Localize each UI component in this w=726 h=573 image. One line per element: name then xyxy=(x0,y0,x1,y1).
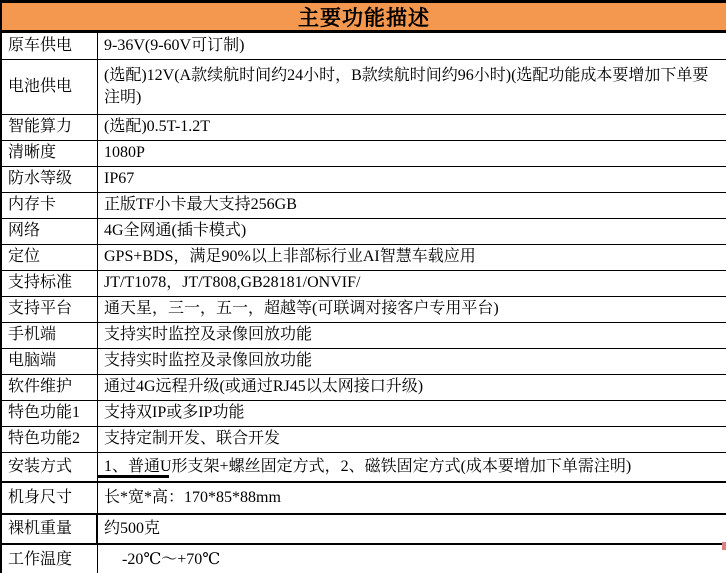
table-row: 支持平台通天星，三一，五一，超越等(可联调对接客户专用平台) xyxy=(2,297,726,323)
row-value: 通天星，三一，五一，超越等(可联调对接客户专用平台) xyxy=(98,297,726,322)
table-row: 特色功能1支持双IP或多IP功能 xyxy=(2,401,726,427)
row-value: 9-36V(9-60V可订制) xyxy=(98,33,726,59)
row-value: 长*宽*高：170*85*88mm xyxy=(98,483,726,513)
table-row: 机身尺寸长*宽*高：170*85*88mm xyxy=(2,483,726,515)
row-label: 智能算力 xyxy=(2,115,98,140)
row-value: GPS+BDS，满足90%以上非部标行业AI智慧车载应用 xyxy=(98,245,726,270)
row-value: 正版TF小卡最大支持256GB xyxy=(98,193,726,218)
red-cell-marker xyxy=(722,542,726,550)
table-row: 原车供电9-36V(9-60V可订制) xyxy=(2,33,726,60)
row-label: 工作温度 xyxy=(2,545,98,573)
row-value: 支持定制开发、联合开发 xyxy=(98,427,726,452)
row-value: (选配)12V(A款续航时间约24小时，B款续航时间约96小时)(选配功能成本要… xyxy=(98,60,726,114)
row-label: 防水等级 xyxy=(2,167,98,192)
row-label: 软件维护 xyxy=(2,375,98,400)
table-row: 网络4G全网通(插卡模式) xyxy=(2,219,726,245)
table-row: 内存卡正版TF小卡最大支持256GB xyxy=(2,193,726,219)
table-row: 定位GPS+BDS，满足90%以上非部标行业AI智慧车载应用 xyxy=(2,245,726,271)
table-row: 智能算力(选配)0.5T-1.2T xyxy=(2,115,726,141)
row-label: 清晰度 xyxy=(2,141,98,166)
row-value: (选配)0.5T-1.2T xyxy=(98,115,726,140)
row-value: 1080P xyxy=(98,141,726,166)
row-label: 支持平台 xyxy=(2,297,98,322)
row-label: 电脑端 xyxy=(2,349,98,374)
table-row: 电脑端支持实时监控及录像回放功能 xyxy=(2,349,726,375)
row-label: 内存卡 xyxy=(2,193,98,218)
table-row: 裸机重量约500克 xyxy=(2,515,726,545)
row-value: 支持实时监控及录像回放功能 xyxy=(98,349,726,374)
table-row: 特色功能2支持定制开发、联合开发 xyxy=(2,427,726,453)
row-value: -20℃～+70℃ xyxy=(98,545,726,573)
row-label: 定位 xyxy=(2,245,98,270)
table-row: 安装方式1、普通U形支架+螺丝固定方式，2、磁铁固定方式(成本要增加下单需注明) xyxy=(2,453,726,483)
table-title: 主要功能描述 xyxy=(2,3,726,33)
table-row: 软件维护通过4G远程升级(或通过RJ45以太网接口升级) xyxy=(2,375,726,401)
table-row: 工作温度-20℃～+70℃ xyxy=(2,545,726,573)
row-value: JT/T1078，JT/T808,GB28181/ONVIF/ xyxy=(98,271,726,296)
table-body: 原车供电9-36V(9-60V可订制)电池供电(选配)12V(A款续航时间约24… xyxy=(2,33,726,573)
row-value: 1、普通U形支架+螺丝固定方式，2、磁铁固定方式(成本要增加下单需注明) xyxy=(98,453,726,481)
thick-line-artifact xyxy=(97,475,169,478)
table-row: 支持标准JT/T1078，JT/T808,GB28181/ONVIF/ xyxy=(2,271,726,297)
row-label: 支持标准 xyxy=(2,271,98,296)
row-value: 4G全网通(插卡模式) xyxy=(98,219,726,244)
spec-table: 主要功能描述 原车供电9-36V(9-60V可订制)电池供电(选配)12V(A款… xyxy=(0,0,726,573)
row-value: 通过4G远程升级(或通过RJ45以太网接口升级) xyxy=(98,375,726,400)
row-label: 特色功能1 xyxy=(2,401,98,426)
row-label: 安装方式 xyxy=(2,453,98,481)
row-value: 支持实时监控及录像回放功能 xyxy=(98,323,726,348)
row-label: 特色功能2 xyxy=(2,427,98,452)
row-label: 网络 xyxy=(2,219,98,244)
row-value: 约500克 xyxy=(98,515,726,543)
table-row: 电池供电(选配)12V(A款续航时间约24小时，B款续航时间约96小时)(选配功… xyxy=(2,60,726,115)
row-label: 机身尺寸 xyxy=(2,483,98,513)
row-value: 支持双IP或多IP功能 xyxy=(98,401,726,426)
row-label: 原车供电 xyxy=(2,33,98,59)
table-row: 手机端支持实时监控及录像回放功能 xyxy=(2,323,726,349)
row-label: 电池供电 xyxy=(2,60,98,114)
row-label: 裸机重量 xyxy=(2,515,98,543)
table-row: 清晰度1080P xyxy=(2,141,726,167)
row-label: 手机端 xyxy=(2,323,98,348)
row-value: IP67 xyxy=(98,167,726,192)
table-row: 防水等级IP67 xyxy=(2,167,726,193)
